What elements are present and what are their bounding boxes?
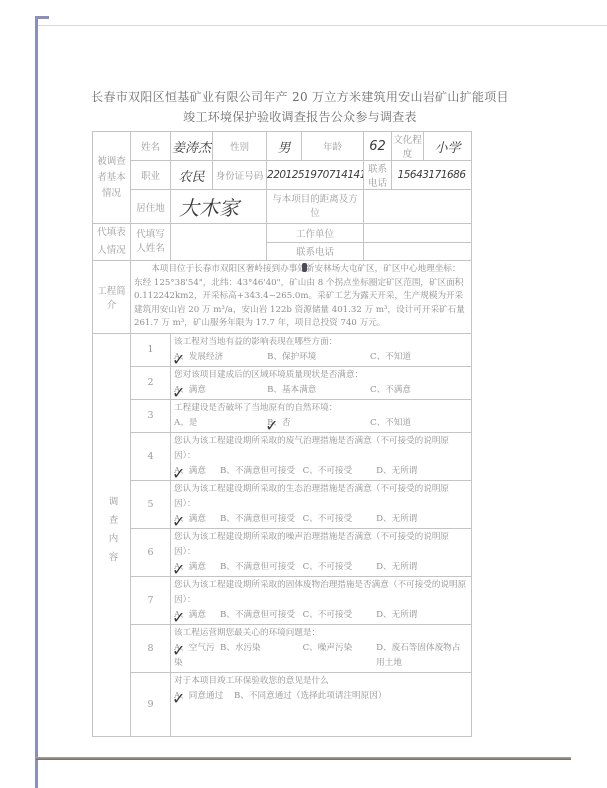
question-number: 1 [131,333,171,366]
answer-option[interactable]: D、无所谓 [376,464,468,479]
id-label: 身份证号码 [213,161,267,190]
residence-value[interactable]: 大木家 [171,190,267,224]
survey-question-row: 4您认为该工程建设期所采取的废气治理措施是否满意（不可接受的说明原因）：✓A、满… [93,432,472,480]
answer-option[interactable]: D、无所谓 [376,560,468,575]
occupation-handwriting: 农民 [178,170,204,185]
gender-handwriting: 男 [278,141,291,156]
question-text: 您认为该工程建设期所采取的固体废物治理措施是否满意（不可接受的说明原因）： [174,578,468,608]
answer-option[interactable]: B、基本满意 [267,383,370,398]
question-number: 4 [131,432,171,480]
gender-label: 性别 [213,132,267,161]
work-unit-value[interactable] [364,224,472,243]
question-cell[interactable]: 该工程对当地有益的影响表现在哪些方面：✓A、发展经济B、保护环境C、不知道 [171,333,472,366]
question-number: 8 [131,624,171,672]
check-mark-icon: ✓ [265,418,278,433]
survey-form-table: 被调查者基本情况 姓名 姜涛杰 性别 男 年龄 62 文化程度 小学 职业 农民… [92,131,472,737]
answer-option[interactable]: ✓A、空气污染 [174,641,220,671]
survey-section-label: 调查内容 [93,333,131,736]
document-title: 长春市双阳区恒基矿业有限公司年产 20 万立方米建筑用安山岩矿山扩能项目 [90,88,510,105]
age-label: 年龄 [302,132,364,161]
survey-question-row: 8该工程运营期您最关心的环境问题是：✓A、空气污染B、水污染C、噪声污染D、废石… [93,624,472,672]
scan-border-corner [35,16,49,19]
phone-value[interactable]: 15643171686 [392,161,472,190]
question-cell[interactable]: 您认为该工程建设期所采取的废气治理措施是否满意（不可接受的说明原因）：✓A、满意… [171,432,472,480]
survey-question-row: 2您对该项目建成后的区域环境质量现状是否满意：✓A、满意B、基本满意C、不满意 [93,366,472,399]
question-text: 您认为该工程建设期所采取的噪声治理措施是否满意（不可接受的说明原因）： [174,530,468,560]
answer-option[interactable]: B、不满意但可接受 [220,512,303,527]
question-number: 5 [131,480,171,528]
work-unit-label: 工作单位 [267,224,364,243]
question-options: ✓A、满意B、不满意但可接受C、不可接受D、无所谓 [174,464,468,479]
education-value[interactable]: 小学 [424,132,472,161]
phone-handwriting: 15643171686 [398,169,466,181]
answer-option[interactable]: ✓A、发展经济 [174,350,267,365]
check-mark-icon: ✓ [172,562,185,577]
gender-value[interactable]: 男 [267,132,302,161]
name-handwriting: 姜涛杰 [172,141,211,156]
answer-option[interactable]: ✓A、满意 [174,512,220,527]
question-options: ✓A、满意B、不满意但可接受C、不可接受D、无所谓 [174,512,468,527]
question-number: 7 [131,576,171,624]
project-intro-text: 本项目位于长春市双阳区奢岭接到办事处新安林场大屯矿区，矿区中心地理坐标：东经 1… [131,261,472,334]
answer-option[interactable]: ✓A、满意 [174,464,220,479]
question-options: ✓A、发展经济B、保护环境C、不知道 [174,350,468,365]
answer-option[interactable]: ✓A、满意 [174,560,220,575]
answer-option[interactable]: B、不满意但可接受 [220,560,303,575]
question-number: 2 [131,366,171,399]
id-value[interactable]: 22012519707141416 [267,161,364,190]
project-intro-label: 工程简介 [93,261,131,334]
survey-question-row: 7您认为该工程建设期所采取的固体废物治理措施是否满意（不可接受的说明原因）：✓A… [93,576,472,624]
residence-handwriting: 大木家 [179,196,239,220]
answer-option[interactable]: C、不可接受 [303,608,377,623]
question-text: 工程建设是否破坏了当地原有的自然环境： [174,401,468,416]
check-mark-icon: ✓ [172,466,185,481]
question-text: 您认为该工程建设期所采取的生态治理措施是否满意（不可接受的说明原因）： [174,482,468,512]
answer-option[interactable]: D、无所谓 [376,512,468,527]
question-cell[interactable]: 该工程运营期您最关心的环境问题是：✓A、空气污染B、水污染C、噪声污染D、废石等… [171,624,472,672]
answer-option[interactable]: B、不同意通过（选择此项请注明原因） [234,689,454,704]
question-cell[interactable]: 工程建设是否破坏了当地原有的自然环境：A、是✓B、否C、不知道 [171,399,472,432]
occupation-value[interactable]: 农民 [171,161,213,190]
document-subtitle: 竣工环境保护验收调查报告公众参与调查表 [90,108,510,125]
answer-option[interactable]: D、废石等固体废物占用土地 [376,641,468,671]
proxy-name-value[interactable] [171,224,267,261]
scan-border-bottom [36,757,571,760]
education-handwriting: 小学 [435,141,461,156]
proxy-section-label: 代填表人情况 [93,224,131,261]
question-cell[interactable]: 您认为该工程建设期所采取的固体废物治理措施是否满意（不可接受的说明原因）：✓A、… [171,576,472,624]
check-mark-icon: ✓ [172,385,185,400]
survey-question-row: 6您认为该工程建设期所采取的噪声治理措施是否满意（不可接受的说明原因）：✓A、满… [93,528,472,576]
age-value[interactable]: 62 [364,132,392,161]
question-options: ✓A、满意B、基本满意C、不满意 [174,383,468,398]
answer-option[interactable]: B、不满意但可接受 [220,608,303,623]
answer-option[interactable]: C、不可接受 [303,464,377,479]
question-options: ✓A、空气污染B、水污染C、噪声污染D、废石等固体废物占用土地 [174,641,468,671]
question-cell[interactable]: 您认为该工程建设期所采取的噪声治理措施是否满意（不可接受的说明原因）：✓A、满意… [171,528,472,576]
survey-question-row: 3工程建设是否破坏了当地原有的自然环境：A、是✓B、否C、不知道 [93,399,472,432]
scan-border-top [36,25,607,26]
scan-border-left [35,16,38,788]
answer-option[interactable]: B、不满意但可接受 [220,464,303,479]
question-text: 您对该项目建成后的区域环境质量现状是否满意： [174,368,468,383]
answer-option[interactable]: C、不可接受 [303,560,377,575]
scan-speck [302,263,307,272]
residence-label: 居住地 [131,190,171,224]
check-mark-icon: ✓ [172,352,185,367]
question-text: 对于本项目竣工环保验收您的意见是什么 [174,674,468,689]
answer-option[interactable]: A、是 [174,416,267,431]
question-cell[interactable]: 您对该项目建成后的区域环境质量现状是否满意：✓A、满意B、基本满意C、不满意 [171,366,472,399]
phone-label: 联系电话 [364,161,392,190]
answer-option[interactable]: ✓A、同意通过 [174,689,234,704]
age-handwriting: 62 [369,139,386,154]
question-number: 6 [131,528,171,576]
answer-option[interactable]: ✓A、满意 [174,608,220,623]
check-mark-icon: ✓ [172,691,185,707]
survey-section: 调查内容1该工程对当地有益的影响表现在哪些方面：✓A、发展经济B、保护环境C、不… [93,333,472,736]
proxy-phone-label: 联系电话 [267,242,364,261]
question-options: ✓A、满意B、不满意但可接受C、不可接受D、无所谓 [174,560,468,575]
check-mark-icon: ✓ [172,610,185,625]
answer-option[interactable]: ✓A、满意 [174,383,267,398]
question-text: 您认为该工程建设期所采取的废气治理措施是否满意（不可接受的说明原因）： [174,434,468,464]
question-options: ✓A、同意通过B、不同意通过（选择此项请注明原因） [174,689,468,704]
check-mark-icon: ✓ [172,643,185,659]
proxy-phone-value[interactable] [364,242,472,261]
question-options: ✓A、满意B、不满意但可接受C、不可接受D、无所谓 [174,608,468,623]
survey-question-row: 调查内容1该工程对当地有益的影响表现在哪些方面：✓A、发展经济B、保护环境C、不… [93,333,472,366]
question-cell[interactable]: 对于本项目竣工环保验收您的意见是什么✓A、同意通过B、不同意通过（选择此项请注明… [171,672,472,736]
check-mark-icon: ✓ [172,514,185,529]
answer-option[interactable]: D、无所谓 [376,608,468,623]
answer-option[interactable]: B、保护环境 [267,350,370,365]
education-label: 文化程度 [392,132,424,161]
question-number: 9 [131,672,171,736]
respondent-section-label: 被调查者基本情况 [93,132,131,224]
question-number: 3 [131,399,171,432]
question-cell[interactable]: 您认为该工程建设期所采取的生态治理措施是否满意（不可接受的说明原因）：✓A、满意… [171,480,472,528]
occupation-label: 职业 [131,161,171,190]
answer-option[interactable]: B、水污染 [220,641,303,671]
survey-section-label-text: 调查内容 [105,496,119,570]
question-options: A、是✓B、否C、不知道 [174,416,468,431]
answer-option[interactable]: C、不可接受 [303,512,377,527]
question-text: 该工程对当地有益的影响表现在哪些方面： [174,335,468,350]
answer-option[interactable]: C、不知道 [370,416,468,431]
name-value[interactable]: 姜涛杰 [171,132,213,161]
survey-question-row: 9对于本项目竣工环保验收您的意见是什么✓A、同意通过B、不同意通过（选择此项请注… [93,672,472,736]
distance-label: 与本项目的距离及方位 [267,190,364,224]
answer-option[interactable]: C、不知道 [370,350,468,365]
name-label: 姓名 [131,132,171,161]
answer-option[interactable]: C、噪声污染 [303,641,377,671]
distance-value[interactable] [364,190,472,224]
answer-option[interactable]: C、不满意 [370,383,468,398]
question-text: 该工程运营期您最关心的环境问题是： [174,626,468,641]
id-handwriting: 22012519707141416 [267,169,364,181]
proxy-name-label: 代填写人姓名 [131,224,171,261]
answer-option[interactable]: ✓B、否 [267,416,370,431]
survey-question-row: 5您认为该工程建设期所采取的生态治理措施是否满意（不可接受的说明原因）：✓A、满… [93,480,472,528]
